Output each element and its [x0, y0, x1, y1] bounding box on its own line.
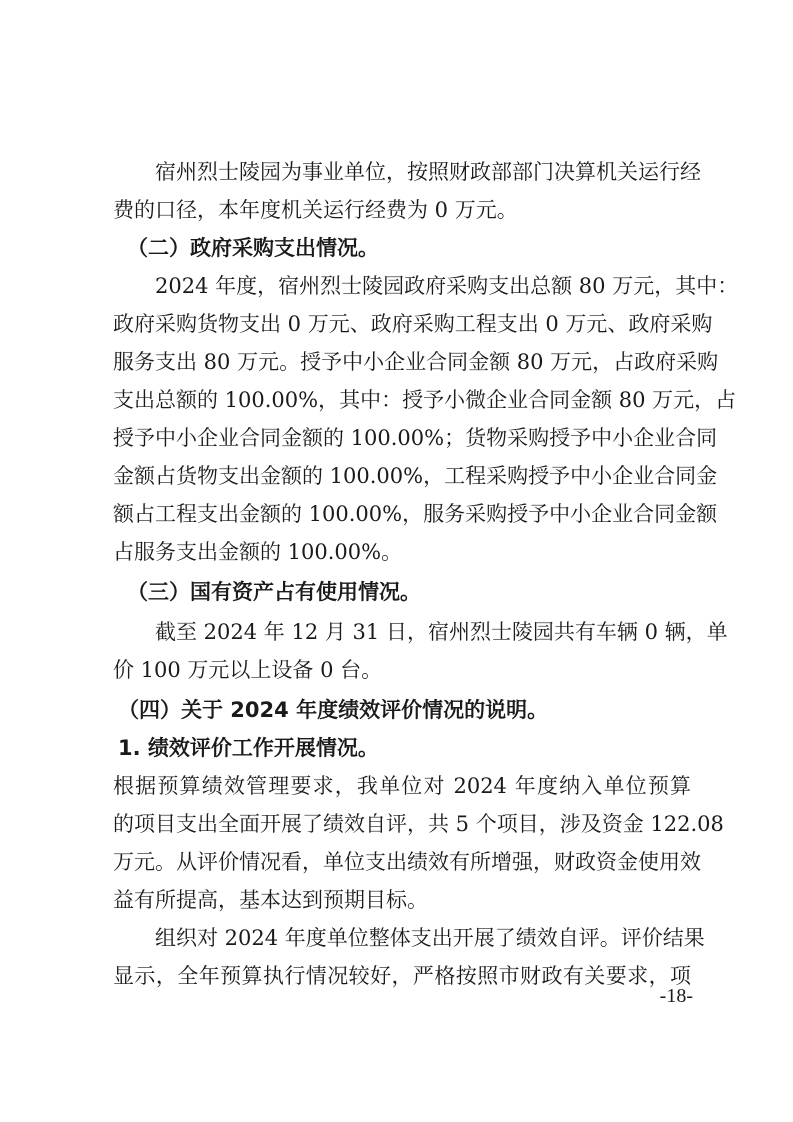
document-page: 宿州烈士陵园为事业单位，按照财政部部门决算机关运行经 费的口径，本年度机关运行经… — [0, 0, 793, 1122]
paragraph-line: 价 100 万元以上设备 0 台。 — [113, 651, 691, 689]
paragraph-line: 的项目支出全面开展了绩效自评，共 5 个项目，涉及资金 122.08 — [113, 805, 691, 843]
section-heading-performance: （四）关于 2024 年度绩效评价情况的说明。 — [118, 691, 696, 729]
paragraph-line: 服务支出 80 万元。授予中小企业合同金额 80 万元，占政府采购 — [113, 343, 691, 381]
paragraph-line: 金额占货物支出金额的 100.00%，工程采购授予中小企业合同金 — [113, 457, 691, 495]
paragraph-line: 益有所提高，基本达到预期目标。 — [113, 881, 691, 919]
paragraph-line: 宿州烈士陵园为事业单位，按照财政部部门决算机关运行经 — [155, 153, 691, 191]
paragraph-line: 授予中小企业合同金额的 100.00%；货物采购授予中小企业合同 — [113, 419, 691, 457]
paragraph-line: 根据预算绩效管理要求，我单位对 2024 年度纳入单位预算 — [113, 767, 691, 805]
paragraph-line: 占服务支出金额的 100.00%。 — [113, 533, 691, 571]
paragraph-line: 组织对 2024 年度单位整体支出开展了绩效自评。评价结果 — [155, 919, 691, 957]
paragraph-line: 显示，全年预算执行情况较好，严格按照市财政有关要求，项 — [113, 957, 691, 995]
paragraph-line: 支出总额的 100.00%，其中：授予小微企业合同金额 80 万元，占 — [113, 381, 691, 419]
paragraph-line: 截至 2024 年 12 月 31 日，宿州烈士陵园共有车辆 0 辆，单 — [155, 613, 691, 651]
paragraph-line: 额占工程支出金额的 100.00%，服务采购授予中小企业合同金额 — [113, 495, 691, 533]
page-number: -18- — [660, 985, 693, 1008]
section-heading-assets: （三）国有资产占有使用情况。 — [127, 573, 705, 611]
paragraph-line: 政府采购货物支出 0 万元、政府采购工程支出 0 万元、政府采购 — [113, 305, 691, 343]
subsection-heading-evaluation: 1. 绩效评价工作开展情况。 — [118, 729, 696, 767]
paragraph-line: 万元。从评价情况看，单位支出绩效有所增强，财政资金使用效 — [113, 843, 691, 881]
paragraph-line: 2024 年度，宿州烈士陵园政府采购支出总额 80 万元，其中： — [155, 267, 691, 305]
paragraph-line: 费的口径，本年度机关运行经费为 0 万元。 — [113, 191, 691, 229]
section-heading-procurement: （二）政府采购支出情况。 — [127, 229, 705, 267]
